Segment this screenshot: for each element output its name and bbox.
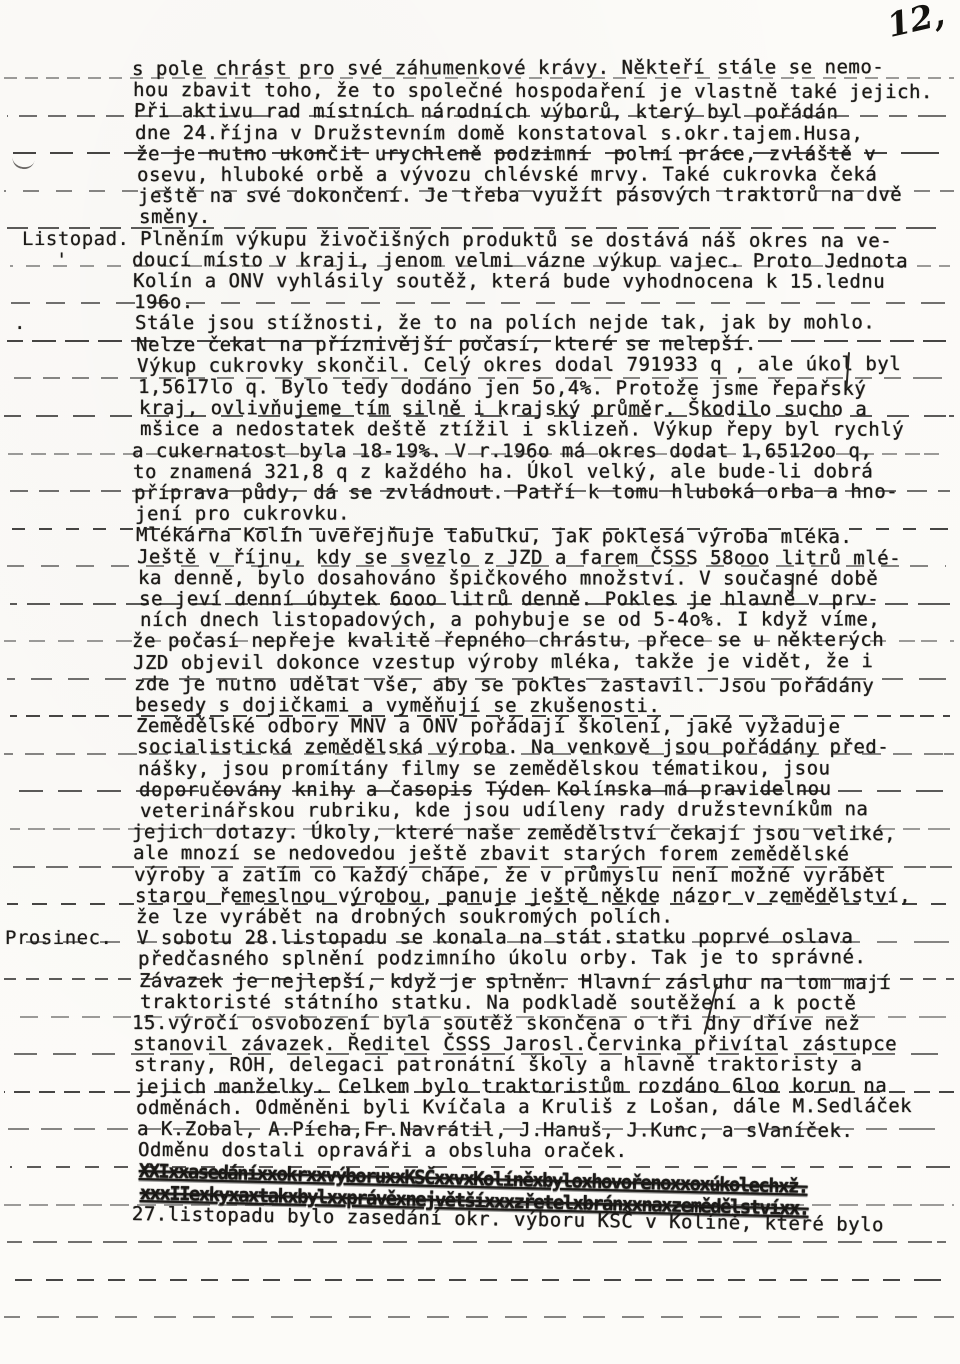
text-line: starou řemeslnou výrobou, panuje ještě n… bbox=[135, 886, 911, 907]
margin-mark: . bbox=[14, 313, 26, 334]
text-line: Plněním výkupu živočišných produktů se d… bbox=[140, 229, 892, 252]
text-line: osevu, hluboké orbě a vývozu chlévské mr… bbox=[137, 164, 877, 186]
text-line: jejich manželky. Celkem bylo traktoristů… bbox=[135, 1075, 887, 1097]
text-line: že je nutno ukončit urychleně podzimní p… bbox=[136, 144, 876, 165]
text-line: traktoristé státního statku. Na podkladě… bbox=[140, 992, 856, 1014]
text-line: to znamená 321,8 q z každého ha. Úkol ve… bbox=[133, 461, 873, 483]
text-line: strany, ROH, delegaci patronátní školy a… bbox=[134, 1055, 862, 1077]
text-line: Zemědělské odbory MNV a ONV pořádají ško… bbox=[136, 716, 840, 738]
margin-mark: ' bbox=[56, 250, 68, 271]
text-line: stanovil závazek. Ředitel ČSSS Jarosl.Če… bbox=[133, 1034, 897, 1055]
text-line: 15.výročí osvobození byla soutěž skončen… bbox=[132, 1013, 860, 1035]
text-line: Odměnu dostali opraváři a obsluha oraček… bbox=[138, 1140, 628, 1162]
text-line: socialistická zemědělská výroba. Na venk… bbox=[137, 737, 889, 758]
ruled-line bbox=[7, 1241, 946, 1243]
page-number: 12, bbox=[883, 0, 948, 45]
text-line: ještě na své dokončení. Je třeba využít … bbox=[138, 185, 902, 207]
text-line: se jeví denní úbytek 6ooo litrů denně. P… bbox=[139, 589, 879, 610]
text-line: nášky, jsou promítány filmy se zemědělsk… bbox=[138, 758, 830, 780]
text-line: doucí místo v kraji, jenom velmi vázne v… bbox=[132, 250, 908, 272]
text-line: příprava půdy, dá se zvládnout. Patří k … bbox=[134, 482, 898, 504]
text-line: Mlékárna Kolín uveřejňuje tabulku, jak p… bbox=[136, 525, 852, 548]
text-line: dne 24.října v Družstevním domě konstato… bbox=[135, 123, 863, 145]
text-line: že lze vyrábět na drobných soukromých po… bbox=[136, 907, 673, 928]
text-line: Závazek je nejlepší, když je splněn. Hla… bbox=[139, 971, 891, 994]
text-line: Nelze čekat na příznivější počasí, které… bbox=[136, 334, 757, 356]
scanned-chronicle-page: 12, Listopad.'.Prosinec. s pole chrást p… bbox=[0, 0, 960, 1364]
text-line: Ještě v říjnu, kdy se svezlo z JZD a far… bbox=[137, 547, 901, 569]
ruled-line bbox=[4, 1316, 954, 1318]
text-line: Kolín a ONV vyhlásily soutěž, která bude… bbox=[133, 271, 885, 293]
margin-month-label: Prosinec. bbox=[5, 928, 112, 949]
text-line: směny. bbox=[139, 207, 211, 228]
text-line: veterinářskou rubriku, kde jsou udíleny … bbox=[140, 799, 868, 822]
text-line: Výkup cukrovky skončil. Celý okres dodal… bbox=[137, 354, 901, 377]
text-line: doporučovány knihy a časopis Týden Kolín… bbox=[139, 779, 832, 801]
text-line: ka denně, bylo dosahováno špičkového mno… bbox=[138, 568, 878, 590]
text-line: JZD objevil dokonce vzestup výroby mléka… bbox=[133, 651, 873, 674]
text-line: s pole chrást pro své záhumenkové krávy.… bbox=[132, 57, 884, 80]
text-line: Při aktivu rad místních národních výborů… bbox=[134, 101, 838, 123]
text-line: výroby a zatím co každý chápe, že v prům… bbox=[134, 865, 886, 887]
text-line: jení pro cukrovku. bbox=[135, 504, 350, 526]
text-line: předčasného splnění podzimního úkolu orb… bbox=[138, 947, 866, 970]
text-line: Stále jsou stížnosti, že to na polích ne… bbox=[135, 313, 875, 335]
text-line: a cukernatost byla 18-19%. V r.196o má o… bbox=[132, 441, 872, 462]
text-line: besedy s dojičkami a vyměňují se zkušeno… bbox=[135, 695, 660, 717]
text-line: mšice a nedostatek deště ztížil i sklize… bbox=[140, 419, 904, 441]
text-line: odměnách. Odměněni byli Kvíčala a Kruliš… bbox=[136, 1096, 912, 1119]
margin-check-mark bbox=[11, 155, 35, 170]
text-line: že počasí nepřeje kvalitě řepného chrást… bbox=[132, 630, 884, 652]
text-line: 196o. bbox=[134, 292, 194, 313]
text-line: ale mnozí se nedovedou ještě zbavit star… bbox=[133, 843, 849, 865]
ruled-line bbox=[10, 1279, 950, 1281]
margin-month-label: Listopad. bbox=[22, 229, 129, 250]
